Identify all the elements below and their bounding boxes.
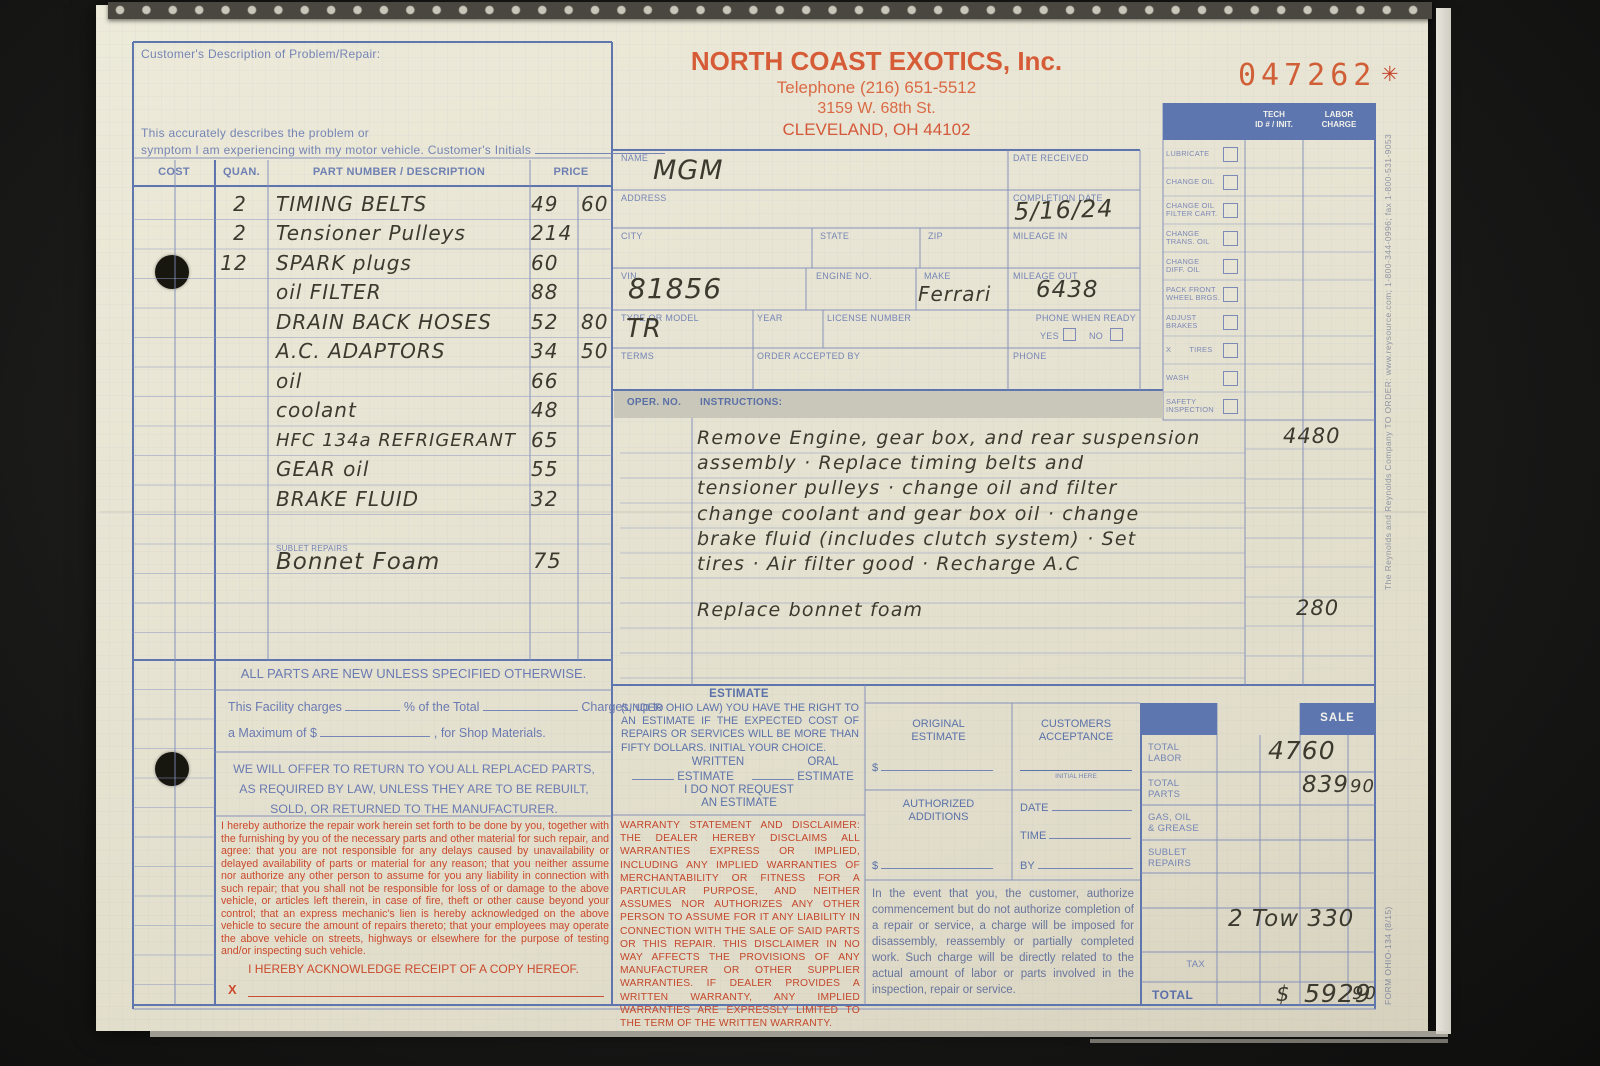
- field-label-make: MAKE: [924, 271, 951, 281]
- part-price: 214: [531, 219, 572, 248]
- checkbox: [1223, 343, 1238, 358]
- phone-ready-yes-label: YES: [1040, 331, 1059, 341]
- checkbox: [1223, 147, 1238, 162]
- part-desc: TIMING BELTS: [276, 190, 427, 219]
- part-price: 60: [531, 249, 558, 278]
- checklist-row-safety-inspection: SAFETY INSPECTION: [1166, 392, 1238, 420]
- part-desc: oil: [276, 367, 302, 396]
- field-label-mileage-in: MILEAGE IN: [1013, 231, 1068, 241]
- phone-ready-no-checkbox: [1110, 328, 1123, 341]
- part-price: 65: [531, 426, 558, 455]
- part-desc: DRAIN BACK HOSES: [276, 308, 492, 337]
- photo-background: NORTH COAST EXOTICS, Inc. Telephone (216…: [0, 0, 1600, 1066]
- part-desc: oil FILTER: [276, 278, 382, 307]
- phone-ready-no-label: NO: [1089, 331, 1103, 341]
- checklist-row-change-oil: CHANGE OIL: [1166, 168, 1238, 196]
- no-estimate-line2: AN ESTIMATE: [613, 797, 865, 809]
- part-quan: 2: [215, 219, 265, 248]
- by-label: BY: [1020, 860, 1034, 872]
- field-label-date-received: DATE RECEIVED: [1013, 153, 1089, 163]
- instruction-line: brake fluid (includes clutch system) · S…: [697, 527, 1257, 552]
- instruction-line: tires · Air filter good · Recharge A.C: [697, 552, 1257, 577]
- checkbox: [1223, 287, 1238, 302]
- facility-text-d: a Maximum of $: [228, 726, 317, 740]
- total-labor-label: TOTAL LABOR: [1148, 742, 1182, 764]
- grand-total-cents: 90: [1352, 983, 1377, 1004]
- acceptance-time-line: TIME: [1020, 828, 1131, 842]
- part-price: 88: [531, 278, 558, 307]
- company-street: 3159 W. 68th St.: [613, 100, 1140, 118]
- tax-label: TAX: [1145, 960, 1205, 970]
- part-desc: Tensioner Pulleys: [276, 219, 466, 248]
- estimate-title: ESTIMATE: [613, 689, 865, 699]
- oral-estimate-line: ESTIMATE: [752, 769, 854, 783]
- instruction-extra-line: Replace bonnet foam: [697, 599, 923, 621]
- parts-row: coolant 48: [133, 396, 612, 425]
- company-city: CLEVELAND, OH 44102: [613, 120, 1140, 140]
- written-estimate-line: ESTIMATE: [632, 769, 734, 783]
- sale-header: SALE: [1300, 712, 1375, 724]
- checklist-row-change-oil-filter: CHANGE OIL FILTER CART.: [1166, 196, 1238, 224]
- original-estimate-label: ORIGINAL ESTIMATE: [865, 718, 1012, 744]
- field-label-phone: PHONE: [1013, 351, 1047, 361]
- facility-text-c: Charges, up to: [581, 700, 663, 714]
- problem-box-title: Customer's Description of Problem/Repair…: [141, 48, 380, 61]
- total-parts-value: 839: [1302, 772, 1349, 798]
- checkbox: [1223, 371, 1238, 386]
- oper-no-label: OPER. NO.: [618, 398, 690, 408]
- field-label-state: STATE: [820, 231, 849, 241]
- part-desc: coolant: [276, 396, 357, 425]
- authorized-additions-label: AUTHORIZED ADDITIONS: [865, 798, 1012, 824]
- part-desc: HFC 134a REFRIGERANT: [276, 426, 516, 455]
- signature-x-label: X: [228, 982, 237, 997]
- field-label-year: YEAR: [757, 313, 783, 323]
- value-vin: 81856: [628, 272, 722, 305]
- sublet-row-price: 75: [533, 549, 562, 573]
- field-label-name: NAME: [621, 153, 648, 163]
- facility-text-b: % of the Total: [404, 700, 480, 714]
- parts-row: 2 TIMING BELTS 49 60: [133, 190, 612, 219]
- field-label-license-number: LICENSE NUMBER: [827, 313, 911, 323]
- parts-row: HFC 134a REFRIGERANT 65: [133, 426, 612, 455]
- labor-charge-header: LABOR CHARGE: [1303, 110, 1375, 130]
- parts-row: A.C. ADAPTORS 34 50: [133, 337, 612, 366]
- facility-charges-line2: a Maximum of $ , for Shop Materials.: [228, 726, 546, 740]
- checklist-row-change-trans-oil: CHANGE TRANS. OIL: [1166, 224, 1238, 252]
- date-label: DATE: [1020, 802, 1049, 814]
- total-label: TOTAL: [1152, 988, 1193, 1002]
- part-cents: 80: [581, 308, 608, 337]
- checklist-row-wash: WASH: [1166, 364, 1238, 392]
- total-dollar-sign: $: [1276, 982, 1290, 1006]
- totals-header-band-left: [1142, 703, 1217, 735]
- gas-oil-grease-label: GAS, OIL & GREASE: [1148, 812, 1199, 834]
- acceptance-by-line: BY: [1020, 858, 1133, 872]
- checklist-label: PACK FRONT WHEEL BRGS.: [1166, 286, 1220, 303]
- initial-here-line: [1020, 758, 1132, 771]
- checklist-row-adjust-brakes: ADJUST BRAKES: [1166, 308, 1238, 336]
- checklist-label: X TIRES: [1166, 346, 1212, 355]
- checklist-label: ADJUST BRAKES: [1166, 314, 1198, 331]
- value-make: Ferrari: [918, 282, 991, 306]
- oral-estimate-word: ESTIMATE: [797, 771, 854, 783]
- value-completion-date: 5/16/24: [1014, 194, 1114, 225]
- instructions-header-band: [614, 391, 1163, 418]
- company-phone: Telephone (216) 651-5512: [613, 78, 1140, 98]
- checkbox: [1223, 259, 1238, 274]
- checkbox: [1223, 175, 1238, 190]
- parts-row: GEAR oil 55: [133, 455, 612, 484]
- instructions-handwriting: Remove Engine, gear box, and rear suspen…: [697, 426, 1257, 577]
- field-label-city: CITY: [621, 231, 643, 241]
- dollar-sign: $: [872, 860, 878, 872]
- part-quan: 2: [215, 190, 265, 219]
- tow-note: 2 Tow 330: [1228, 906, 1354, 932]
- instruction-line: change coolant and gear box oil · change: [697, 502, 1257, 527]
- value-name: MGM: [653, 155, 724, 186]
- field-label-terms: TERMS: [621, 351, 654, 361]
- phone-ready-yes-checkbox: [1063, 328, 1076, 341]
- part-desc: BRAKE FLUID: [276, 485, 419, 514]
- form-number-vertical-text: FORM OHIO-134 (8/15): [1383, 855, 1393, 1005]
- labor-charge-1: 4480: [1283, 424, 1340, 448]
- value-type-or-model: TR: [626, 314, 662, 344]
- col-header-cost: COST: [133, 167, 215, 177]
- total-labor-value: 4760: [1268, 736, 1336, 765]
- sublet-row-desc: Bonnet Foam: [276, 549, 440, 575]
- instruction-line: Remove Engine, gear box, and rear suspen…: [697, 426, 1257, 451]
- parts-row: BRAKE FLUID 32: [133, 485, 612, 514]
- part-price: 55: [531, 455, 558, 484]
- field-label-engine-no: ENGINE NO.: [816, 271, 872, 281]
- col-header-price: PRICE: [530, 167, 612, 177]
- sublet-repairs-total-label: SUBLET REPAIRS: [1148, 847, 1191, 869]
- checklist-row-change-diff-oil: CHANGE DIFF. OIL: [1166, 252, 1238, 280]
- field-label-order-accepted-by: ORDER ACCEPTED BY: [757, 351, 860, 361]
- value-mileage-out: 6438: [1036, 277, 1099, 303]
- no-estimate-line1: I DO NOT REQUEST: [613, 784, 865, 796]
- checklist-label: LUBRICATE: [1166, 150, 1209, 159]
- part-price: 66: [531, 367, 558, 396]
- instruction-line: tensioner pulleys · change oil and filte…: [697, 476, 1257, 501]
- checklist-row-pack-front-wheel-brgs: PACK FRONT WHEEL BRGS.: [1166, 280, 1238, 308]
- part-cents: 60: [581, 190, 608, 219]
- checkbox: [1223, 315, 1238, 330]
- part-price: 49: [531, 190, 558, 219]
- total-parts-label: TOTAL PARTS: [1148, 778, 1180, 800]
- part-price: 32: [531, 485, 558, 514]
- problem-confirm-line1: This accurately describes the problem or: [141, 127, 369, 140]
- checklist-row-lubricate: LUBRICATE: [1166, 140, 1238, 168]
- part-price: 34: [531, 337, 558, 366]
- part-desc: GEAR oil: [276, 455, 369, 484]
- checklist-label: CHANGE DIFF. OIL: [1166, 258, 1200, 275]
- authorization-text: I hereby authorize the repair work herei…: [221, 820, 609, 958]
- part-price: 48: [531, 396, 558, 425]
- field-label-phone-when-ready: PHONE WHEN READY: [1010, 313, 1136, 323]
- checklist-label: CHANGE OIL FILTER CART.: [1166, 202, 1217, 219]
- authorized-additions-dollar-line: $: [872, 858, 993, 872]
- col-header-quan: QUAN.: [215, 167, 268, 177]
- parts-row: oil 66: [133, 367, 612, 396]
- acceptance-date-line: DATE: [1020, 800, 1132, 814]
- written-estimate-label: WRITTEN: [678, 756, 758, 768]
- checklist-label: CHANGE OIL: [1166, 178, 1214, 187]
- original-estimate-dollar-line: $: [872, 760, 993, 774]
- acknowledge-receipt-line: I HEREBY ACKNOWLEDGE RECEIPT OF A COPY H…: [215, 962, 612, 976]
- checklist-row-tires: X TIRES: [1166, 336, 1238, 364]
- facility-charges-line1: This Facility charges % of the Total Cha…: [228, 700, 663, 714]
- facility-text-e: , for Shop Materials.: [434, 726, 546, 740]
- checklist-label: CHANGE TRANS. OIL: [1166, 230, 1210, 247]
- time-label: TIME: [1020, 830, 1046, 842]
- checkbox: [1223, 399, 1238, 414]
- parts-row: oil FILTER 88: [133, 278, 612, 307]
- returned-parts-notice: WE WILL OFFER TO RETURN TO YOU ALL REPLA…: [226, 759, 602, 819]
- parts-row: 12 SPARK plugs 60: [133, 249, 612, 278]
- part-price: 52: [531, 308, 558, 337]
- part-desc: A.C. ADAPTORS: [276, 337, 445, 366]
- dollar-sign: $: [872, 762, 878, 774]
- parts-row: DRAIN BACK HOSES 52 80: [133, 308, 612, 337]
- company-name: NORTH COAST EXOTICS, Inc.: [613, 46, 1140, 77]
- checkbox: [1223, 231, 1238, 246]
- signature-line: [248, 986, 604, 997]
- part-cents: 50: [581, 337, 608, 366]
- asterisk-icon: ✳: [1381, 62, 1399, 87]
- reorder-info-vertical-text: The Reynolds and Reynolds Company TO ORD…: [1383, 98, 1393, 590]
- total-parts-cents: 90: [1350, 776, 1375, 797]
- problem-confirm-line2: symptom I am experiencing with my motor …: [141, 143, 665, 157]
- all-parts-notice: ALL PARTS ARE NEW UNLESS SPECIFIED OTHER…: [215, 666, 612, 681]
- problem-confirm-text: symptom I am experiencing with my motor …: [141, 143, 531, 157]
- checkbox: [1223, 203, 1238, 218]
- part-desc: SPARK plugs: [276, 249, 412, 278]
- initial-here-label: INITIAL HERE: [1020, 773, 1132, 780]
- checklist-label: WASH: [1166, 374, 1189, 383]
- field-label-zip: ZIP: [928, 231, 943, 241]
- instruction-line: assembly · Replace timing belts and: [697, 451, 1257, 476]
- oral-estimate-label: ORAL: [788, 756, 858, 768]
- tech-id-header: TECH ID # / INIT.: [1245, 110, 1303, 130]
- customers-acceptance-label: CUSTOMERS ACCEPTANCE: [1012, 718, 1140, 744]
- facility-text-a: This Facility charges: [228, 700, 342, 714]
- invoice-number: 047262: [1238, 58, 1376, 93]
- checklist-label: SAFETY INSPECTION: [1166, 398, 1214, 415]
- event-notice: In the event that you, the customer, aut…: [872, 886, 1134, 998]
- field-label-address: ADDRESS: [621, 193, 667, 203]
- parts-row: 2 Tensioner Pulleys 214: [133, 219, 612, 248]
- col-header-description: PART NUMBER / DESCRIPTION: [268, 167, 530, 177]
- written-estimate-word: ESTIMATE: [677, 771, 734, 783]
- warranty-disclaimer: WARRANTY STATEMENT AND DISCLAIMER: THE D…: [620, 819, 860, 1030]
- instructions-label: INSTRUCTIONS:: [700, 398, 782, 408]
- part-quan: 12: [209, 249, 259, 278]
- labor-charge-2: 280: [1296, 596, 1339, 620]
